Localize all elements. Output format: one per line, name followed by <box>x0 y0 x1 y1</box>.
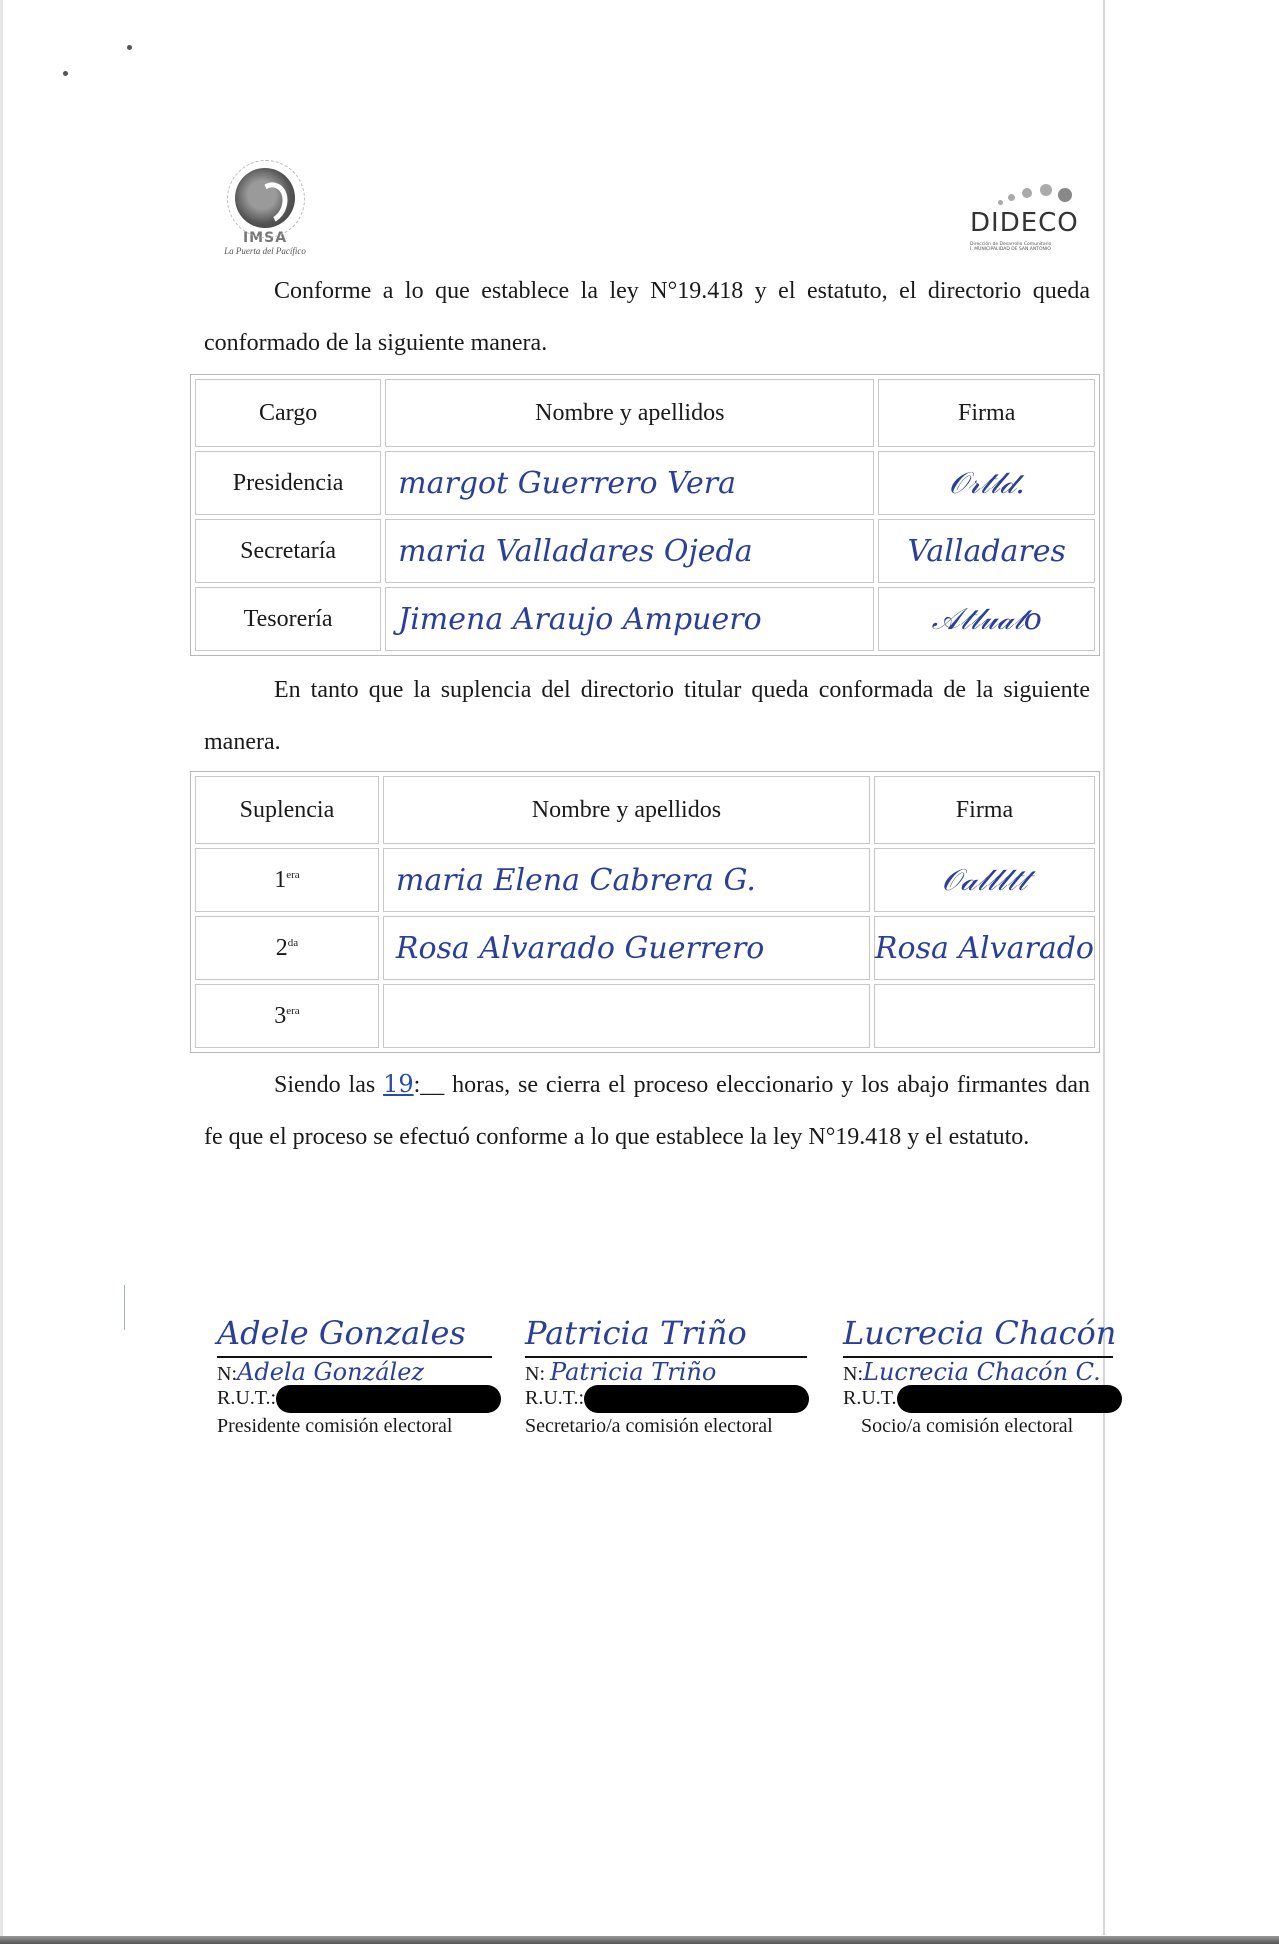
role-label: Presidente comisión electoral <box>217 1412 507 1440</box>
role-label: Secretario/a comisión electoral <box>525 1412 815 1440</box>
signature-block-presidente: Adele Gonzales N:Adela González R.U.T.: … <box>217 1310 507 1440</box>
scan-speck <box>63 71 68 76</box>
directorio-table: Cargo Nombre y apellidos Firma Presidenc… <box>190 374 1100 656</box>
rut-row: R.U.T.: <box>525 1385 815 1410</box>
rut-row: R.U.T.: <box>217 1385 507 1410</box>
table-row: Presidencia margot Guerrero Vera 𝒪𝓇𝓉𝓁𝒹. <box>195 451 1095 515</box>
handwritten-name: Jimena Araujo Ampuero <box>385 587 874 651</box>
header-firma: Firma <box>878 379 1095 447</box>
handwritten-name: maria Elena Cabrera G. <box>383 848 870 912</box>
margin-ink-mark <box>124 1285 125 1330</box>
dideco-dots-icon <box>998 180 1088 210</box>
redaction-bar <box>897 1385 1122 1413</box>
handwritten-name: maria Valladares Ojeda <box>385 519 874 583</box>
ordinal-cell: 1era <box>195 848 379 912</box>
table-row: 3era <box>195 984 1095 1048</box>
signature-block-secretario: Patricia Triño N: Patricia Triño R.U.T.:… <box>525 1310 815 1440</box>
role-label: Socio/a comisión electoral <box>843 1412 1133 1440</box>
header-suplencia: Suplencia <box>195 776 379 844</box>
signature-cell: Rosa Alvarado <box>874 916 1095 980</box>
signature-cell: 𝒪𝓇𝓉𝓁𝒹. <box>878 451 1095 515</box>
handwritten-name <box>383 984 870 1048</box>
table-row: 2da Rosa Alvarado Guerrero Rosa Alvarado <box>195 916 1095 980</box>
signature-scrawl-icon: 𝒪𝓇𝓉𝓁𝒹. <box>949 466 1025 501</box>
imsa-emblem-icon <box>235 168 295 228</box>
header-nombre: Nombre y apellidos <box>383 776 870 844</box>
handwritten-name: Lucrecia Chacón C. <box>863 1358 1101 1386</box>
closing-paragraph: Siendo las 19:__ horas, se cierra el pro… <box>204 1058 1090 1163</box>
name-row: N:Adela González <box>217 1360 507 1385</box>
name-row: N:Lucrecia Chacón C. <box>843 1360 1133 1385</box>
signature-cell <box>874 984 1095 1048</box>
table-row: Secretaría maria Valladares Ojeda Vallad… <box>195 519 1095 583</box>
dideco-logo: DIDECO Dirección de Desarrollo Comunitar… <box>968 180 1088 252</box>
handwritten-name: margot Guerrero Vera <box>385 451 874 515</box>
table-row: 1era maria Elena Cabrera G. 𝒪𝒶𝓁𝓁𝓁𝓉𝓉 <box>195 848 1095 912</box>
scan-bottom-edge <box>0 1936 1279 1944</box>
handwritten-name: Patricia Triño <box>550 1358 716 1386</box>
cargo-cell: Presidencia <box>195 451 381 515</box>
page-fold-line <box>1103 0 1105 1935</box>
header-firma: Firma <box>874 776 1095 844</box>
handwritten-name: Rosa Alvarado Guerrero <box>383 916 870 980</box>
intro-paragraph: Conforme a lo que establece la ley N°19.… <box>204 265 1090 369</box>
redaction-bar <box>584 1385 809 1413</box>
header-nombre: Nombre y apellidos <box>385 379 874 447</box>
cargo-cell: Secretaría <box>195 519 381 583</box>
name-row: N: Patricia Triño <box>525 1360 815 1385</box>
table-header-row: Suplencia Nombre y apellidos Firma <box>195 776 1095 844</box>
suplencia-paragraph: En tanto que la suplencia del directorio… <box>204 664 1090 768</box>
handwritten-hour: 19 <box>383 1070 414 1098</box>
signature-block-socio: Lucrecia Chacón N:Lucrecia Chacón C. R.U… <box>843 1310 1133 1440</box>
signature-scrawl: Patricia Triño <box>525 1310 815 1356</box>
dideco-subtitle: Dirección de Desarrollo Comunitario I. M… <box>970 242 1090 252</box>
ordinal-cell: 3era <box>195 984 379 1048</box>
scan-speck <box>127 45 132 50</box>
table-header-row: Cargo Nombre y apellidos Firma <box>195 379 1095 447</box>
signature-scrawl-icon: 𝒪𝒶𝓁𝓁𝓁𝓉𝓉 <box>942 863 1028 898</box>
signature-cell: 𝒜𝓉𝓁𝓊𝒶𝓉𝑜 <box>878 587 1095 651</box>
rut-row: R.U.T. <box>843 1385 1133 1410</box>
signature-scrawl: Lucrecia Chacón <box>843 1310 1133 1356</box>
imsa-logo: IMSA La Puerta del Pacífico <box>205 160 325 265</box>
signature-cell: 𝒪𝒶𝓁𝓁𝓁𝓉𝓉 <box>874 848 1095 912</box>
dideco-wordmark: DIDECO <box>970 208 1079 238</box>
handwritten-name: Adela González <box>237 1358 424 1386</box>
ordinal-cell: 2da <box>195 916 379 980</box>
scan-left-edge <box>0 0 3 1944</box>
signature-scrawl-icon: 𝒜𝓉𝓁𝓊𝒶𝓉𝑜 <box>932 602 1042 637</box>
imsa-tagline: La Puerta del Pacífico <box>205 246 325 256</box>
signature-cell: Valladares <box>878 519 1095 583</box>
signature-scrawl: Adele Gonzales <box>217 1310 507 1356</box>
suplencia-table: Suplencia Nombre y apellidos Firma 1era … <box>190 771 1100 1053</box>
redaction-bar <box>276 1385 501 1413</box>
cargo-cell: Tesorería <box>195 587 381 651</box>
header-cargo: Cargo <box>195 379 381 447</box>
table-row: Tesorería Jimena Araujo Ampuero 𝒜𝓉𝓁𝓊𝒶𝓉𝑜 <box>195 587 1095 651</box>
minutes-blank: __ <box>420 1072 444 1098</box>
